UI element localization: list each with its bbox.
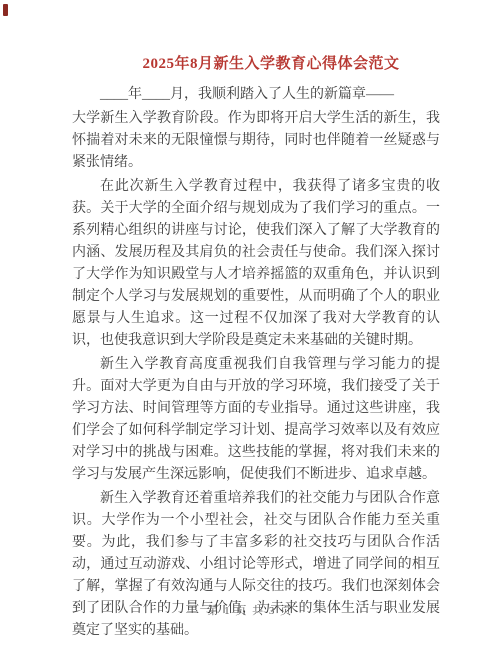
corner-artifact <box>3 4 8 16</box>
document-page: 2025年8月新生入学教育心得体会范文 ____年____月，我顺利踏入了人生的… <box>0 0 500 647</box>
paragraph-date-line: ____年____月，我顺利踏入了人生的新篇章—— <box>72 84 440 106</box>
document-body: ____年____月，我顺利踏入了人生的新篇章—— 大学新生入学教育阶段。作为即… <box>72 84 440 644</box>
page-footer: 第 1 页 共 3 页 <box>0 602 500 618</box>
paragraph-teamwork: 新生入学教育还着重培养我们的社交能力与团队合作意识。大学作为一个小型社会，社交与… <box>72 488 440 642</box>
document-title: 2025年8月新生入学教育心得体会范文 <box>72 52 440 76</box>
page-number-indicator: 第 1 页 共 3 页 <box>207 605 292 617</box>
paragraph-self-management: 新生入学教育高度重视我们自我管理与学习能力的提升。面对大学更为自由与开放的学习环… <box>72 354 440 486</box>
paragraph-university-overview: 在此次新生入学教育过程中，我获得了诸多宝贵的收获。关于大学的全面介绍与规划成为了… <box>72 176 440 352</box>
paragraph-intro: 大学新生入学教育阶段。作为即将开启大学生活的新生，我怀揣着对未来的无限憧憬与期待… <box>72 108 440 174</box>
